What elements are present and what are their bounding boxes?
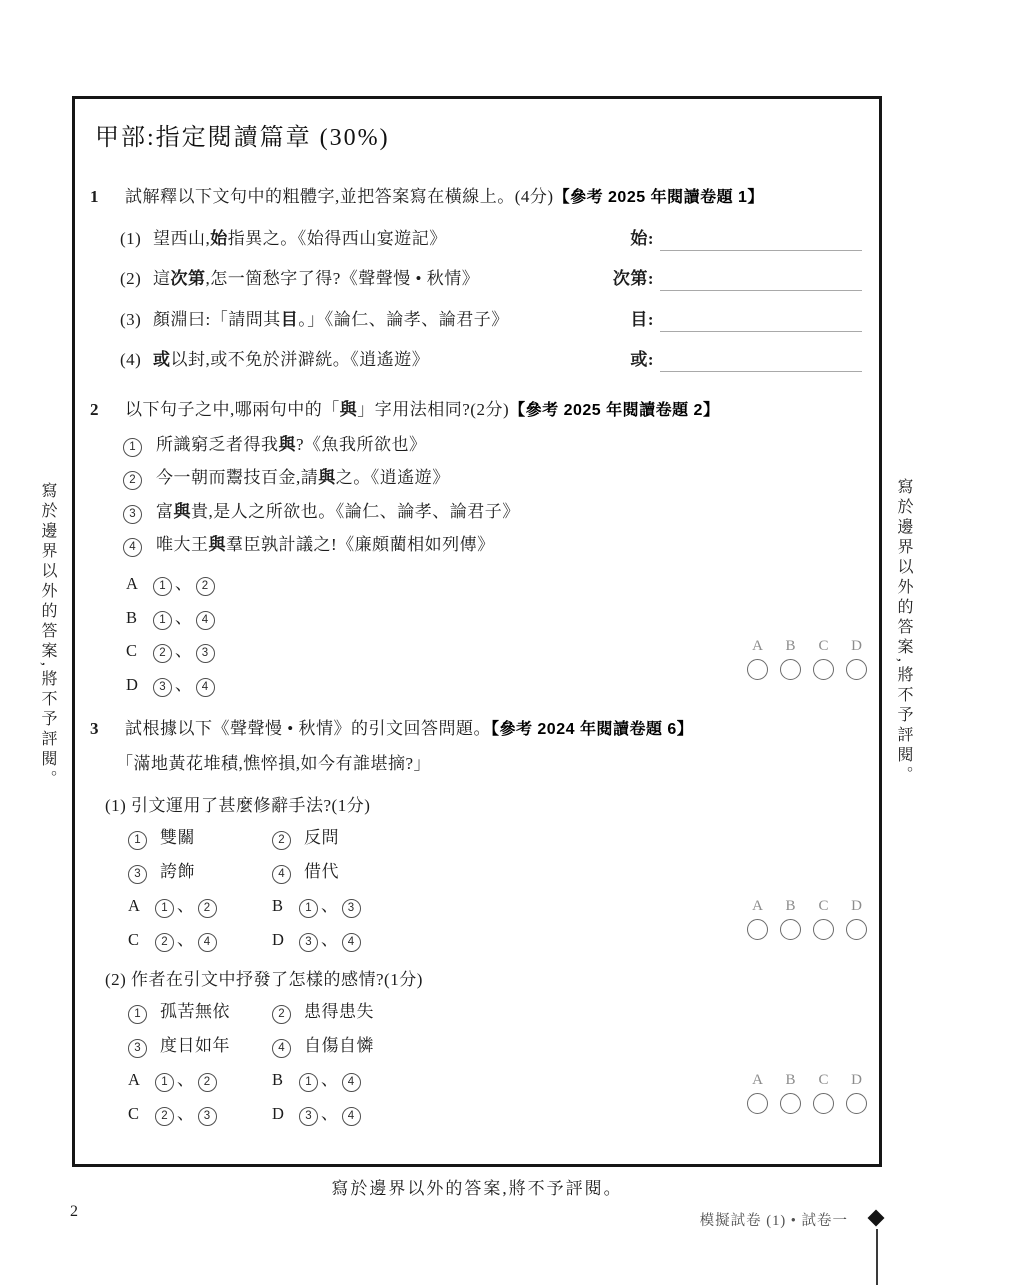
q3-sub1-heading: (1) 引文運用了甚麼修辭手法?(1分) <box>75 793 879 818</box>
question-1: 1 試解釋以下文句中的粗體字,並把答案寫在橫線上。(4分)【參考 2025 年閱… <box>75 184 879 372</box>
q3-sub2-options-row1: 1孤苦無依 2患得患失 <box>75 999 879 1024</box>
answer-label: 目: <box>590 307 654 332</box>
circled-number: 2 <box>155 1107 174 1126</box>
statement-post: 羣臣孰計議之!《廉頗藺相如列傳》 <box>226 535 495 554</box>
choice-separator: 、 <box>175 605 193 630</box>
bubble-D[interactable] <box>846 919 867 940</box>
question-heading: 試根據以下《聲聲慢 • 秋情》的引文回答問題。【參考 2024 年閱讀卷題 6】 <box>125 716 879 742</box>
choice-A: A1、2 <box>128 1067 272 1092</box>
question-number: 1 <box>90 184 125 210</box>
answer-area-box: 甲部:指定閱讀篇章 (30%) 1 試解釋以下文句中的粗體字,並把答案寫在橫線上… <box>72 96 882 1167</box>
section-title: 甲部:指定閱讀篇章 (30%) <box>95 117 390 152</box>
bubble-label-A: A <box>752 639 763 654</box>
circled-number: 3 <box>123 505 142 524</box>
bubble-label-B: B <box>785 899 795 914</box>
circled-number: 2 <box>272 831 291 850</box>
circled-number: 2 <box>123 471 142 490</box>
choice-separator: 、 <box>177 1067 195 1092</box>
answer-bubbles-q3-1: A B C D <box>741 899 873 940</box>
choice-letter: B <box>272 1067 299 1092</box>
sub-question-number: (2) <box>105 967 131 992</box>
circled-number: 4 <box>342 1073 361 1092</box>
sub-question-text: 引文運用了甚麼修辭手法?(1分) <box>131 793 370 818</box>
question-number: 3 <box>90 716 125 742</box>
choice-separator: 、 <box>177 1101 195 1126</box>
answer-line[interactable] <box>660 269 862 291</box>
item-sentence: 這次第,怎一箇愁字了得?《聲聲慢 • 秋情》 <box>153 266 590 291</box>
sentence-pre: 這 <box>153 269 171 288</box>
circled-number: 3 <box>196 644 215 663</box>
circled-number: 1 <box>155 1073 174 1092</box>
statement-text: 富與貴,是人之所欲也。《論仁、論孝、論君子》 <box>156 499 520 524</box>
bubble-label-D: D <box>851 639 862 654</box>
choice-letter: C <box>126 638 153 663</box>
choice-B: B1、4 <box>272 1067 416 1092</box>
bold-term: 或 <box>153 350 171 369</box>
bubble-label-D: D <box>851 1073 862 1088</box>
heading-pre: 以下句子之中,哪兩句中的「 <box>125 400 340 419</box>
sub-question-number: (1) <box>105 793 131 818</box>
question-number: 2 <box>90 397 125 423</box>
bubble-label-B: B <box>785 639 795 654</box>
option-text: 借代 <box>304 859 339 884</box>
option-text: 患得患失 <box>304 999 374 1024</box>
bubble-label-B: B <box>785 1073 795 1088</box>
choice-D: D3、4 <box>272 1101 416 1126</box>
option-text: 孤苦無依 <box>160 999 230 1024</box>
statement-post: ?《魚我所欲也》 <box>296 435 427 454</box>
option-2: 2患得患失 <box>272 999 416 1024</box>
sentence-post: 。」《論仁、論孝、論君子》 <box>298 310 509 329</box>
circled-number: 1 <box>153 577 172 596</box>
q3-sub1-options-row1: 1雙關 2反問 <box>75 825 879 850</box>
choice-letter: A <box>126 571 153 596</box>
sentence-post: 以封,或不免於洴澼絖。《逍遙遊》 <box>171 350 430 369</box>
option-4: 4借代 <box>272 859 416 884</box>
choice-C: C2、3 <box>128 1101 272 1126</box>
sub-question-text: 作者在引文中抒發了怎樣的感情?(1分) <box>131 967 423 992</box>
question-heading-text: 試根據以下《聲聲慢 • 秋情》的引文回答問題。 <box>125 719 491 738</box>
choice-D: D3、4 <box>272 927 416 952</box>
statement-pre: 今一朝而鬻技百金,請 <box>156 468 318 487</box>
margin-warning-right: 寫於邊界以外的答案,將不予評閱。 <box>892 478 915 786</box>
q1-item-2: (2) 這次第,怎一箇愁字了得?《聲聲慢 • 秋情》 次第: <box>75 266 879 291</box>
circled-number: 1 <box>128 831 147 850</box>
answer-bubbles-q2: A B C D <box>741 639 873 680</box>
choice-separator: 、 <box>321 1101 339 1126</box>
choice-letter: D <box>272 927 299 952</box>
bubble-A[interactable] <box>747 919 768 940</box>
footer-warning: 寫於邊界以外的答案,將不予評閱。 <box>72 1174 882 1199</box>
page-number: 2 <box>70 1203 79 1221</box>
question-heading-text: 試解釋以下文句中的粗體字,並把答案寫在橫線上。(4分) <box>125 187 554 206</box>
sentence-pre: 顏淵曰:「請問其 <box>153 310 281 329</box>
statement-pre: 唯大王 <box>156 535 209 554</box>
option-4: 4自傷自憐 <box>272 1033 416 1058</box>
sentence-post: 指異之。《始得西山宴遊記》 <box>228 229 447 248</box>
circled-number: 4 <box>123 538 142 557</box>
circled-number: 3 <box>299 1107 318 1126</box>
q2-statement-4: 4 唯大王與羣臣孰計議之!《廉頗藺相如列傳》 <box>75 532 879 557</box>
bold-term: 目 <box>281 310 299 329</box>
answer-line[interactable] <box>660 310 862 332</box>
reference-tag: 【參考 2024 年閱讀卷題 6】 <box>491 721 693 738</box>
circled-number: 2 <box>196 577 215 596</box>
choice-separator: 、 <box>177 893 195 918</box>
reference-tag: 【參考 2025 年閱讀卷題 2】 <box>509 402 719 419</box>
bold-term: 與 <box>318 468 336 487</box>
choice-letter: A <box>128 893 155 918</box>
bubble-B[interactable] <box>780 919 801 940</box>
q3-sub2-options-row2: 3度日如年 4自傷自憐 <box>75 1033 879 1058</box>
bubble-D[interactable] <box>846 1093 867 1114</box>
q2-statement-3: 3 富與貴,是人之所欲也。《論仁、論孝、論君子》 <box>75 499 879 524</box>
bold-term: 與 <box>174 502 192 521</box>
booklet-label: 模擬試卷 (1) • 試卷一 <box>700 1209 848 1230</box>
bubble-A[interactable] <box>747 659 768 680</box>
sentence-post: ,怎一箇愁字了得?《聲聲慢 • 秋情》 <box>206 269 480 288</box>
item-sentence: 或以封,或不免於洴澼絖。《逍遙遊》 <box>153 347 590 372</box>
bubble-B[interactable] <box>780 659 801 680</box>
option-text: 雙關 <box>160 825 195 850</box>
circled-number: 4 <box>196 678 215 697</box>
circled-number: 3 <box>128 865 147 884</box>
q1-item-3: (3) 顏淵曰:「請問其目。」《論仁、論孝、論君子》 目: <box>75 307 879 332</box>
exam-page: { "ui": { "separator": "、", "bubble_lett… <box>0 0 1024 1285</box>
circled-number: 1 <box>153 611 172 630</box>
circled-number: 4 <box>198 933 217 952</box>
choice-C: C2、4 <box>128 927 272 952</box>
quoted-passage: 「滿地黃花堆積,憔悴損,如今有誰堪摘?」 <box>116 751 879 776</box>
bubble-B[interactable] <box>780 1093 801 1114</box>
circled-number: 4 <box>272 865 291 884</box>
choice-separator: 、 <box>175 672 193 697</box>
choice-A: A1、2 <box>128 893 272 918</box>
option-1: 1雙關 <box>128 825 272 850</box>
bubble-label-C: C <box>818 899 828 914</box>
choice-letter: B <box>126 605 153 630</box>
circled-number: 4 <box>272 1039 291 1058</box>
circled-number: 1 <box>299 1073 318 1092</box>
bold-term: 與 <box>209 535 227 554</box>
reference-tag: 【參考 2025 年閱讀卷題 1】 <box>554 189 764 206</box>
sentence-pre: 望西山, <box>153 229 210 248</box>
option-text: 度日如年 <box>160 1033 230 1058</box>
q3-sub1-options-row2: 3誇飾 4借代 <box>75 859 879 884</box>
bubble-label-D: D <box>851 899 862 914</box>
choice-B: B1、3 <box>272 893 416 918</box>
bubble-D[interactable] <box>846 659 867 680</box>
choice-row-B: B1、4 <box>75 605 879 630</box>
answer-line[interactable] <box>660 350 862 372</box>
bubble-label-C: C <box>818 1073 828 1088</box>
answer-label: 始: <box>590 226 654 251</box>
option-text: 自傷自憐 <box>304 1033 374 1058</box>
circled-number: 1 <box>128 1005 147 1024</box>
choice-letter: C <box>128 927 155 952</box>
diamond-icon <box>868 1210 885 1227</box>
answer-line[interactable] <box>660 229 862 251</box>
bubble-label-A: A <box>752 1073 763 1088</box>
answer-label: 或: <box>590 347 654 372</box>
circled-number: 3 <box>198 1107 217 1126</box>
item-number: (4) <box>120 347 153 372</box>
circled-number: 2 <box>198 899 217 918</box>
choice-letter: A <box>128 1067 155 1092</box>
circled-number: 1 <box>299 899 318 918</box>
statement-text: 唯大王與羣臣孰計議之!《廉頗藺相如列傳》 <box>156 532 495 557</box>
option-1: 1孤苦無依 <box>128 999 272 1024</box>
circled-number: 4 <box>196 611 215 630</box>
question-heading: 以下句子之中,哪兩句中的「與」字用法相同?(2分)【參考 2025 年閱讀卷題 … <box>125 397 879 423</box>
margin-warning-left: 寫於邊界以外的答案,將不予評閱。 <box>36 482 59 790</box>
circled-number: 1 <box>123 438 142 457</box>
statement-text: 今一朝而鬻技百金,請與之。《逍遙遊》 <box>156 465 450 490</box>
bold-term: 次第 <box>171 269 206 288</box>
bubble-label-C: C <box>818 639 828 654</box>
option-2: 2反問 <box>272 825 416 850</box>
bubble-C[interactable] <box>813 1093 834 1114</box>
option-3: 3度日如年 <box>128 1033 272 1058</box>
choice-separator: 、 <box>321 1067 339 1092</box>
bold-term: 與 <box>340 400 358 419</box>
q2-statement-2: 2 今一朝而鬻技百金,請與之。《逍遙遊》 <box>75 465 879 490</box>
circled-number: 2 <box>155 933 174 952</box>
bubble-A[interactable] <box>747 1093 768 1114</box>
q1-item-1: (1) 望西山,始指異之。《始得西山宴遊記》 始: <box>75 226 879 251</box>
q1-item-4: (4) 或以封,或不免於洴澼絖。《逍遙遊》 或: <box>75 347 879 372</box>
choice-letter: B <box>272 893 299 918</box>
option-text: 反問 <box>304 825 339 850</box>
statement-pre: 富 <box>156 502 174 521</box>
circled-number: 4 <box>342 1107 361 1126</box>
statement-pre: 所識窮乏者得我 <box>156 435 279 454</box>
circled-number: 1 <box>155 899 174 918</box>
choice-separator: 、 <box>175 571 193 596</box>
answer-label: 次第: <box>590 266 654 291</box>
circled-number: 2 <box>153 644 172 663</box>
question-heading: 試解釋以下文句中的粗體字,並把答案寫在橫線上。(4分)【參考 2025 年閱讀卷… <box>125 184 879 210</box>
circled-number: 3 <box>153 678 172 697</box>
circled-number: 4 <box>342 933 361 952</box>
q2-statement-1: 1 所識窮乏者得我與?《魚我所欲也》 <box>75 432 879 457</box>
bold-term: 始 <box>210 229 228 248</box>
bubble-C[interactable] <box>813 919 834 940</box>
option-3: 3誇飾 <box>128 859 272 884</box>
option-text: 誇飾 <box>160 859 195 884</box>
choice-separator: 、 <box>177 927 195 952</box>
choice-letter: C <box>128 1101 155 1126</box>
item-number: (2) <box>120 266 153 291</box>
bubble-label-A: A <box>752 899 763 914</box>
circled-number: 3 <box>299 933 318 952</box>
choice-letter: D <box>272 1101 299 1126</box>
bubble-C[interactable] <box>813 659 834 680</box>
bold-term: 與 <box>279 435 297 454</box>
choice-letter: D <box>126 672 153 697</box>
choice-separator: 、 <box>175 638 193 663</box>
footer-rule-line <box>876 1229 878 1285</box>
heading-post: 」字用法相同?(2分) <box>357 400 509 419</box>
item-number: (3) <box>120 307 153 332</box>
circled-number: 3 <box>128 1039 147 1058</box>
circled-number: 2 <box>198 1073 217 1092</box>
choice-separator: 、 <box>321 927 339 952</box>
choice-row-A: A1、2 <box>75 571 879 596</box>
statement-text: 所識窮乏者得我與?《魚我所欲也》 <box>156 432 427 457</box>
statement-post: 貴,是人之所欲也。《論仁、論孝、論君子》 <box>191 502 520 521</box>
circled-number: 2 <box>272 1005 291 1024</box>
answer-bubbles-q3-2: A B C D <box>741 1073 873 1114</box>
item-sentence: 顏淵曰:「請問其目。」《論仁、論孝、論君子》 <box>153 307 590 332</box>
q3-sub2-heading: (2) 作者在引文中抒發了怎樣的感情?(1分) <box>75 967 879 992</box>
item-sentence: 望西山,始指異之。《始得西山宴遊記》 <box>153 226 590 251</box>
item-number: (1) <box>120 226 153 251</box>
statement-post: 之。《逍遙遊》 <box>336 468 450 487</box>
circled-number: 3 <box>342 899 361 918</box>
choice-separator: 、 <box>321 893 339 918</box>
